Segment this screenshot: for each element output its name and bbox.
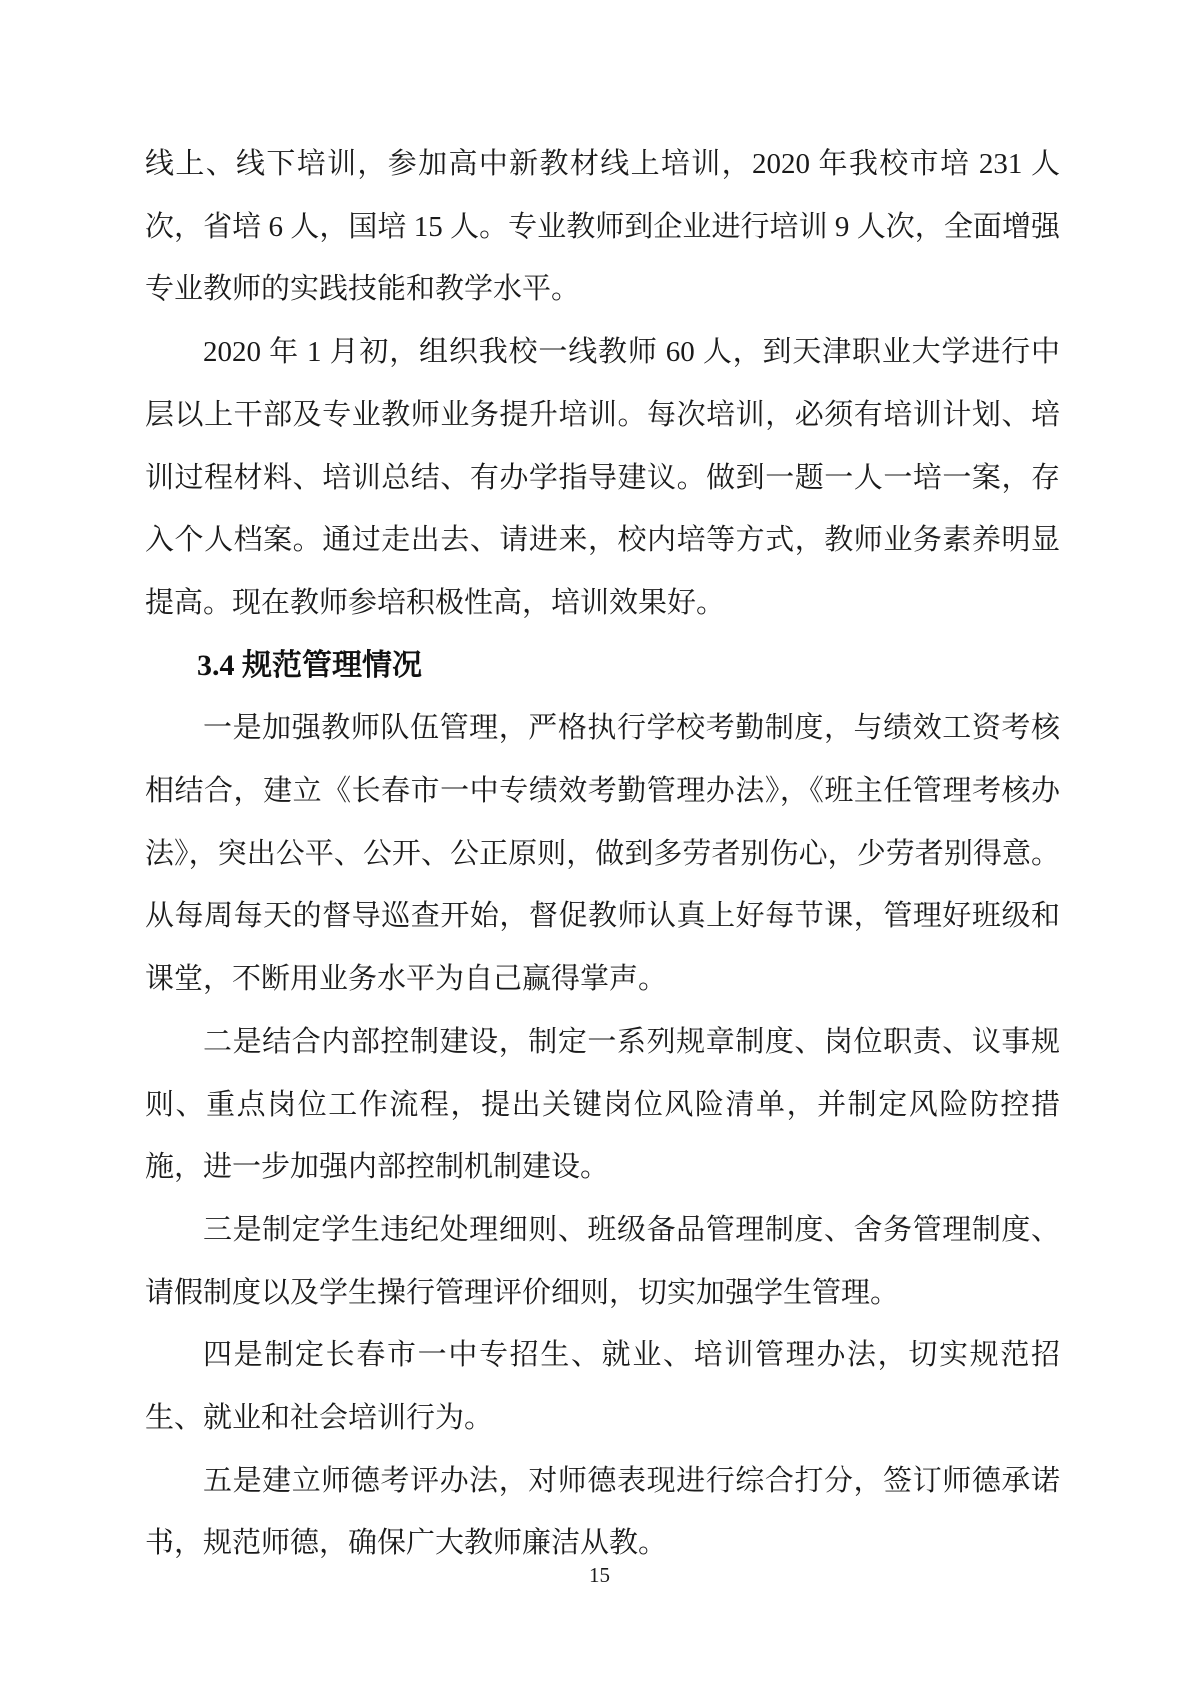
paragraph-item-five: 五是建立师德考评办法，对师德表现进行综合打分，签订师德承诺书，规范师德，确保广大… bbox=[145, 1450, 1060, 1575]
paragraph-item-three: 三是制定学生违纪处理细则、班级备品管理制度、舍务管理制度、请假制度以及学生操行管… bbox=[145, 1199, 1060, 1324]
paragraph-item-one: 一是加强教师队伍管理，严格执行学校考勤制度，与绩效工资考核相结合，建立《长春市一… bbox=[145, 697, 1060, 1011]
paragraph-item-four: 四是制定长春市一中专招生、就业、培训管理办法，切实规范招生、就业和社会培训行为。 bbox=[145, 1324, 1060, 1449]
paragraph-training-continued: 线上、线下培训，参加高中新教材线上培训，2020 年我校市培 231 人次，省培… bbox=[145, 133, 1060, 321]
paragraph-item-two: 二是结合内部控制建设，制定一系列规章制度、岗位职责、议事规则、重点岗位工作流程，… bbox=[145, 1011, 1060, 1199]
document-page: 线上、线下培训，参加高中新教材线上培训，2020 年我校市培 231 人次，省培… bbox=[0, 0, 1199, 1696]
page-number: 15 bbox=[0, 1560, 1199, 1590]
document-content: 线上、线下培训，参加高中新教材线上培训，2020 年我校市培 231 人次，省培… bbox=[145, 133, 1060, 1575]
paragraph-tianjin-training: 2020 年 1 月初，组织我校一线教师 60 人，到天津职业大学进行中层以上干… bbox=[145, 321, 1060, 635]
section-heading-3-4: 3.4 规范管理情况 bbox=[145, 635, 1060, 698]
